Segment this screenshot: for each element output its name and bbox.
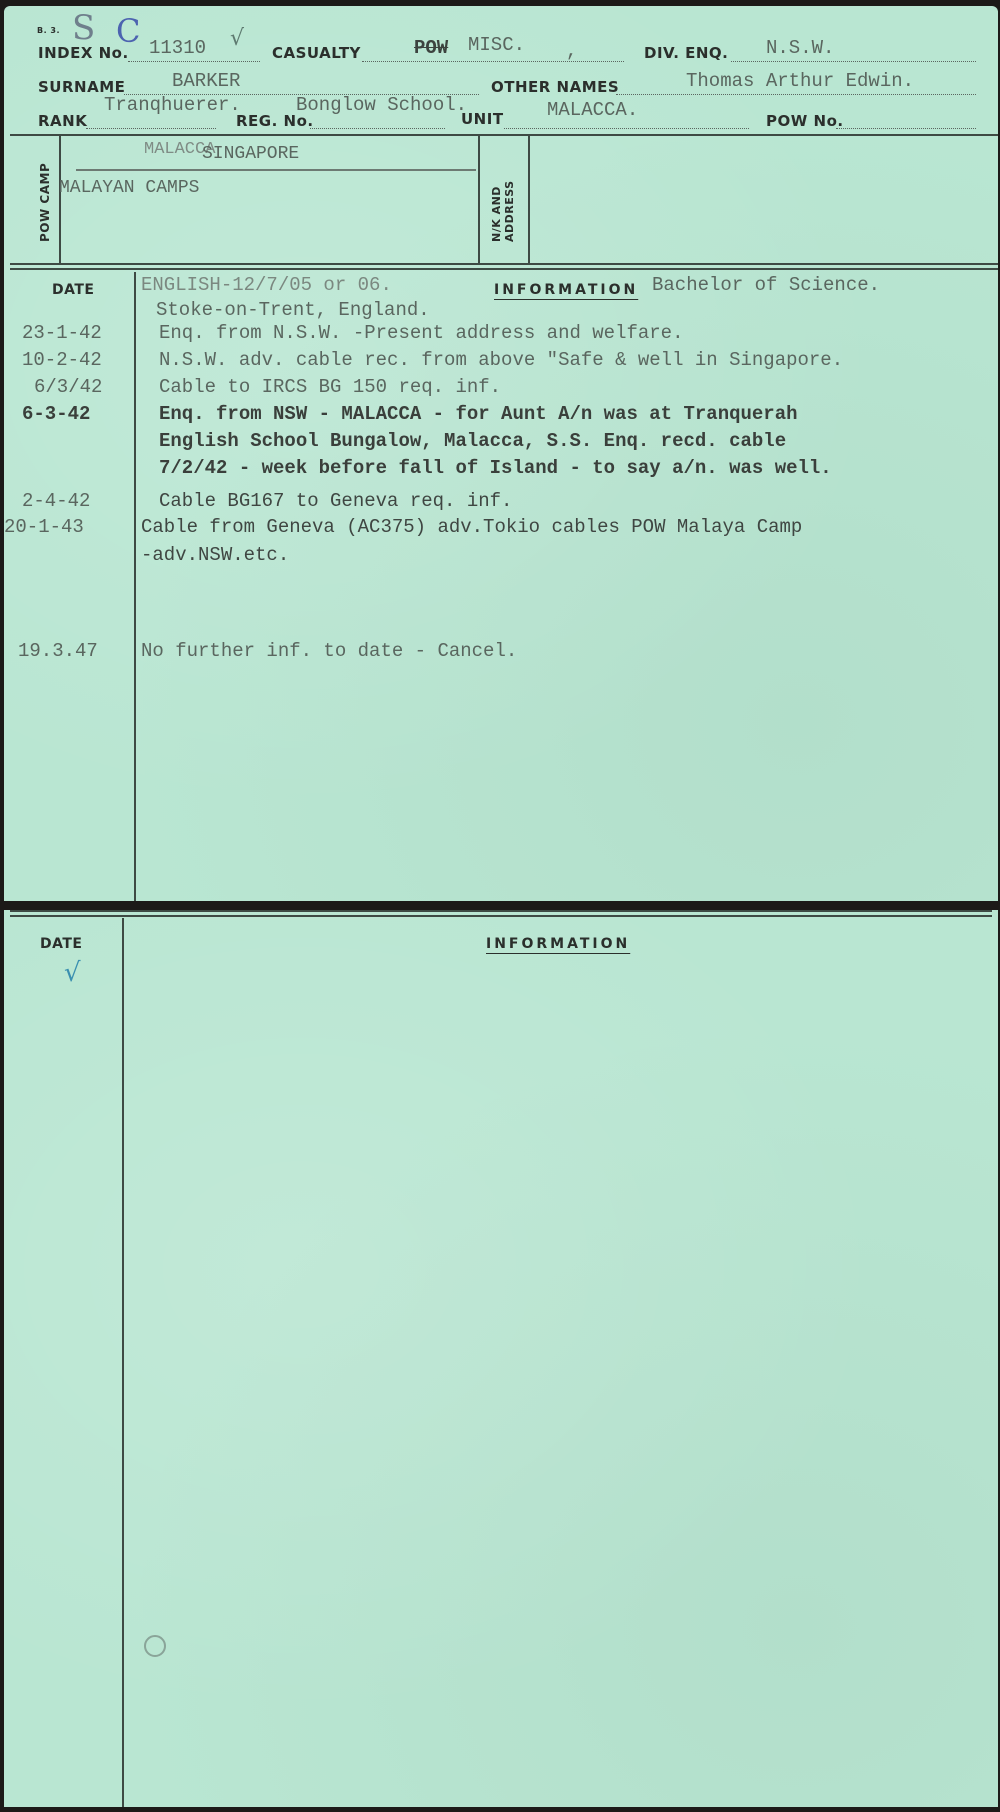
date-column-divider (134, 272, 136, 901)
casualty-dots (362, 61, 624, 62)
form-code: B. 3. (37, 26, 60, 35)
nk-divider (528, 134, 530, 263)
rank-dots (86, 128, 216, 129)
entry-text: Cable from Geneva (AC375) adv.Tokio cabl… (141, 516, 802, 538)
entry-date: 10-2-42 (22, 349, 102, 371)
entry-text: Enq. from N.S.W. -Present address and we… (159, 322, 684, 344)
casualty-struck-value: POW (414, 37, 448, 59)
casualty-extra: , (566, 40, 577, 62)
entry-text: Cable to IRCS BG 150 req. inf. (159, 376, 501, 398)
reg-no-value: Bonglow School. (296, 94, 467, 116)
pow-camp-value-1: SINGAPORE (202, 144, 299, 164)
index-no-label: INDEX No. (38, 44, 129, 62)
information-header: INFORMATION (494, 282, 638, 298)
entry-date: 2-4-42 (22, 490, 90, 512)
info-top-rule-1 (10, 263, 998, 265)
camp-top-rule (10, 134, 998, 136)
date-header: DATE (52, 282, 94, 298)
info-top-rule-2 (10, 268, 998, 270)
index-check-icon: √ (230, 26, 244, 51)
unit-dots (504, 128, 749, 129)
entry-text: No further inf. to date - Cancel. (141, 640, 517, 662)
index-card-back: DATE INFORMATION √ (4, 910, 998, 1807)
back-information-header: INFORMATION (486, 936, 630, 952)
unit-value: MALACCA. (547, 99, 638, 121)
entry-text: Stoke-on-Trent, England. (156, 299, 430, 321)
pow-no-label: POW No. (766, 112, 844, 130)
other-names-value: Thomas Arthur Edwin. (686, 70, 914, 92)
unit-label: UNIT (461, 110, 504, 128)
rank-value: Tranqhuerer. (104, 94, 241, 116)
camp-right-divider (478, 134, 480, 263)
other-names-dots (616, 94, 976, 95)
pow-no-dots (836, 128, 976, 129)
back-date-column-divider (122, 918, 124, 1807)
reg-no-dots (310, 128, 445, 129)
punch-hole-mark (144, 1635, 166, 1657)
pow-camp-value-2: MALAYAN CAMPS (59, 178, 199, 198)
entry-text: ENGLISH-12/7/05 or 06. (141, 274, 392, 296)
entry-date: 6/3/42 (34, 376, 102, 398)
entry-text: Cable BG167 to Geneva req. inf. (159, 490, 512, 512)
camp-left-divider (59, 134, 61, 263)
entry-text: N.S.W. adv. cable rec. from above "Safe … (159, 349, 843, 371)
index-card-front: B. 3. S C INDEX No. 11310 √ CASUALTY POW… (4, 6, 998, 901)
nk-address-label: N/K AND ADDRESS (490, 152, 516, 242)
back-top-rule-1 (10, 910, 992, 912)
entry-text: -adv.NSW.etc. (141, 544, 289, 566)
back-check-icon: √ (64, 958, 81, 988)
entry-date: 20-1-43 (4, 516, 84, 538)
pen-mark-s: S (72, 8, 95, 48)
index-no-value: 11310 (149, 37, 206, 59)
div-enq-value: N.S.W. (766, 37, 834, 59)
div-enq-dots (731, 61, 976, 62)
back-top-rule-2 (10, 915, 992, 917)
div-enq-label: DIV. ENQ. (644, 44, 728, 62)
entry-text: Enq. from NSW - MALACCA - for Aunt A/n w… (159, 403, 798, 425)
casualty-label: CASUALTY (272, 44, 361, 62)
rank-label: RANK (38, 112, 87, 130)
entry-text: 7/2/42 - week before fall of Island - to… (159, 457, 832, 479)
surname-value: BARKER (172, 70, 240, 92)
back-date-header: DATE (40, 936, 82, 952)
index-no-dots (128, 61, 260, 62)
camp-strike-line (76, 169, 476, 171)
entry-date: 6-3-42 (22, 403, 90, 425)
entry-date: 23-1-42 (22, 322, 102, 344)
entry-date: 19.3.47 (18, 640, 98, 662)
entry-text: Bachelor of Science. (652, 274, 880, 296)
other-names-label: OTHER NAMES (491, 78, 619, 96)
entry-text: English School Bungalow, Malacca, S.S. E… (159, 430, 786, 452)
pow-camp-label: POW CAMP (38, 163, 52, 242)
casualty-value: MISC. (468, 34, 525, 56)
